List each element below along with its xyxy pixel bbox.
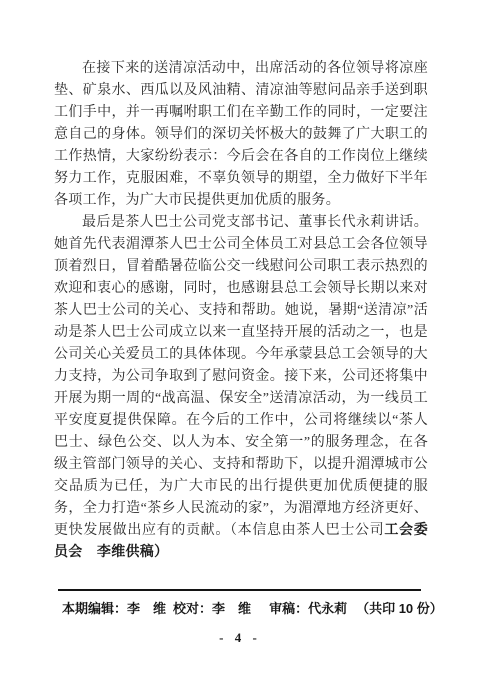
page-number: - 4 - — [0, 630, 480, 646]
reviewer-label: 审稿： — [269, 600, 308, 617]
footer-divider — [58, 589, 421, 591]
paragraph-activity-text: 在接下来的送清凉活动中，出席活动的各位领导将凉座垫、矿泉水、西瓜以及风油精、清凉… — [54, 61, 428, 208]
paragraph-speech-text: 最后是茶人巴士公司党支部书记、董事长代永莉讲话。她首先代表湄潭茶人巴士公司全体员… — [54, 215, 428, 538]
colophon-line: 本期编辑：李 维校对：李 维审稿：代永莉（共印 10 份） — [62, 600, 428, 617]
editor-name: 李 维 — [127, 600, 166, 617]
article-body: 在接下来的送清凉活动中，出席活动的各位领导将凉座垫、矿泉水、西瓜以及风油精、清凉… — [54, 58, 428, 564]
paragraph-activity: 在接下来的送清凉活动中，出席活动的各位领导将凉座垫、矿泉水、西瓜以及风油精、清凉… — [54, 58, 428, 212]
reviewer-name: 代永莉 — [308, 600, 347, 617]
proofreader-label: 校对： — [173, 600, 212, 617]
editor-label: 本期编辑： — [62, 600, 127, 617]
paragraph-speech: 最后是茶人巴士公司党支部书记、董事长代永莉讲话。她首先代表湄潭茶人巴士公司全体员… — [54, 212, 428, 564]
proofreader-name: 李 维 — [212, 600, 251, 617]
copies-note: （共印 10 份） — [356, 600, 443, 617]
document-page: 在接下来的送清凉活动中，出席活动的各位领导将凉座垫、矿泉水、西瓜以及风油精、清凉… — [0, 0, 480, 680]
